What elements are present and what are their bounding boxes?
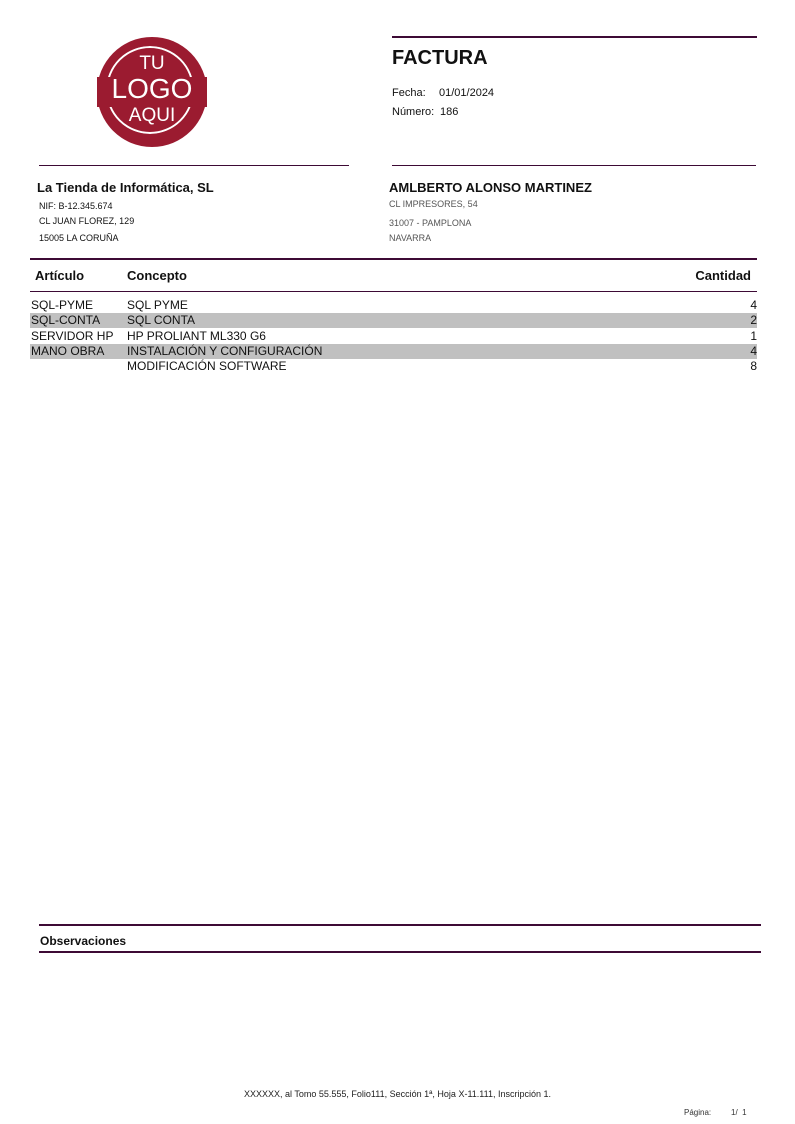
page-label: Página: [684,1108,711,1117]
seller-rule [39,165,349,166]
cell-quantity: 1 [750,329,757,344]
cell-concept: MODIFICACIÓN SOFTWARE [127,359,287,374]
observations-title: Observaciones [40,934,126,948]
logo-text-2: LOGO [97,73,207,105]
logo-text-1: TU [97,53,207,75]
table-row: MODIFICACIÓN SOFTWARE8 [30,359,757,374]
seller-city: 15005 LA CORUÑA [39,233,119,243]
date-value: 01/01/2024 [439,87,494,99]
cell-concept: SQL CONTA [127,313,195,328]
cell-quantity: 8 [750,359,757,374]
cell-article: SERVIDOR HP [31,329,113,344]
cell-concept: SQL PYME [127,298,188,313]
cell-article: MANO OBRA [31,344,104,359]
header-rule [392,36,757,38]
logo-text-3: AQUI [97,105,207,127]
invoice-title: FACTURA [392,47,488,70]
customer-name: AMLBERTO ALONSO MARTINEZ [389,180,592,195]
table-row: SERVIDOR HPHP PROLIANT ML330 G61 [30,329,757,344]
company-logo: TU LOGO AQUI [97,37,207,147]
customer-city: 31007 - PAMPLONA [389,218,471,228]
header-concept: Concepto [127,268,187,283]
table-row: SQL-CONTASQL CONTA2 [30,313,757,328]
seller-nif: NIF: B-12.345.674 [39,201,113,211]
observations-bottom-rule [39,951,761,953]
cell-quantity: 2 [750,313,757,328]
observations-top-rule [39,924,761,926]
seller-address: CL JUAN FLOREZ, 129 [39,216,134,226]
cell-concept: HP PROLIANT ML330 G6 [127,329,266,344]
cell-article: SQL-PYME [31,298,93,313]
table-row: MANO OBRAINSTALACIÓN Y CONFIGURACIÓN4 [30,344,757,359]
registry-text: XXXXXX, al Tomo 55.555, Folio111, Secció… [0,1089,795,1099]
cell-quantity: 4 [750,344,757,359]
cell-article: SQL-CONTA [31,313,100,328]
cell-concept: INSTALACIÓN Y CONFIGURACIÓN [127,344,322,359]
table-header-rule [30,291,757,292]
number-label: Número: [392,106,434,118]
date-label: Fecha: [392,87,426,99]
page-value: 1/ 1 [731,1108,747,1117]
customer-province: NAVARRA [389,233,431,243]
customer-rule [392,165,756,166]
customer-address: CL IMPRESORES, 54 [389,199,478,209]
header-article: Artículo [35,268,84,283]
header-quantity: Cantidad [695,268,751,283]
number-value: 186 [440,106,458,118]
seller-name: La Tienda de Informática, SL [37,180,214,195]
cell-quantity: 4 [750,298,757,313]
table-top-rule [30,258,757,260]
table-row: SQL-PYMESQL PYME4 [30,298,757,313]
